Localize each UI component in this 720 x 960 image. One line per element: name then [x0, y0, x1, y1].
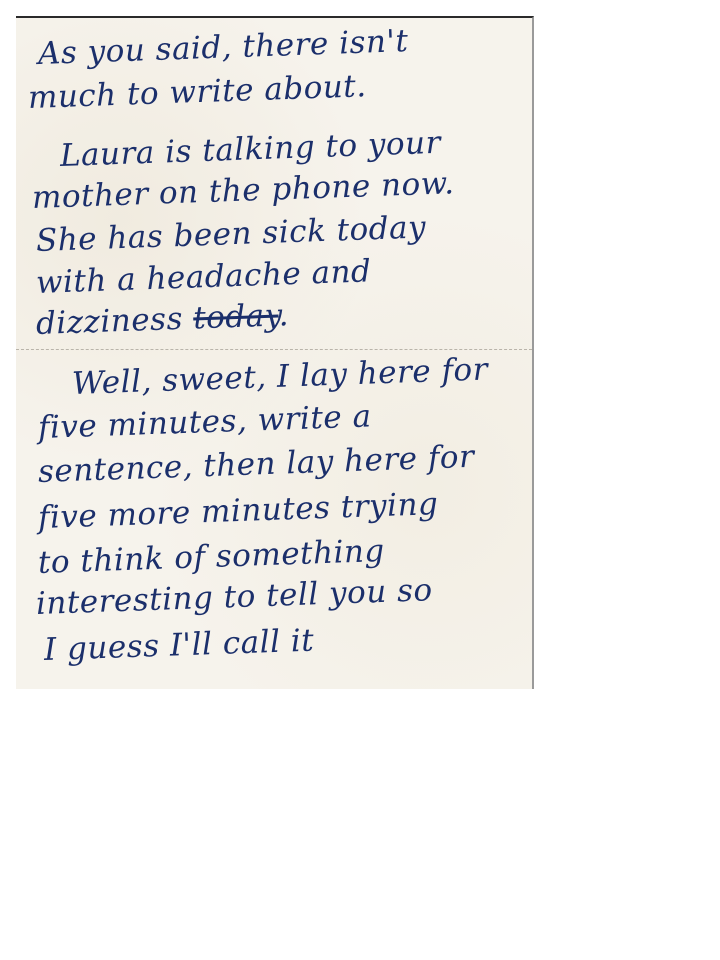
text-line-3: Laura is talking to your	[59, 125, 441, 174]
text-line-12: to think of something	[37, 533, 385, 581]
text-line-10: sentence, then lay here for	[37, 439, 475, 490]
text-line-9: five minutes, write a	[37, 398, 372, 446]
paper-fold-line	[16, 349, 532, 350]
text-line-11: five more minutes trying	[37, 486, 439, 536]
text-line-13: interesting to tell you so	[35, 572, 433, 622]
text-line-1: As you said, there isn't	[37, 23, 409, 72]
text-line-14: I guess I'll call it	[43, 623, 314, 668]
period: .	[278, 297, 290, 333]
text-line-6: with a headache and	[35, 253, 372, 301]
text-line-4: mother on the phone now.	[31, 165, 455, 216]
text-line-8: Well, sweet, I lay here for	[71, 351, 488, 402]
dizziness-word: dizziness	[35, 301, 183, 342]
text-line-7: dizziness today.	[35, 297, 289, 342]
text-line-5: She has been sick today	[35, 209, 426, 259]
text-line-2: much to write about.	[27, 68, 367, 116]
letter-page: As you said, there isn't much to write a…	[16, 16, 534, 689]
struck-out-word: today	[193, 298, 280, 337]
